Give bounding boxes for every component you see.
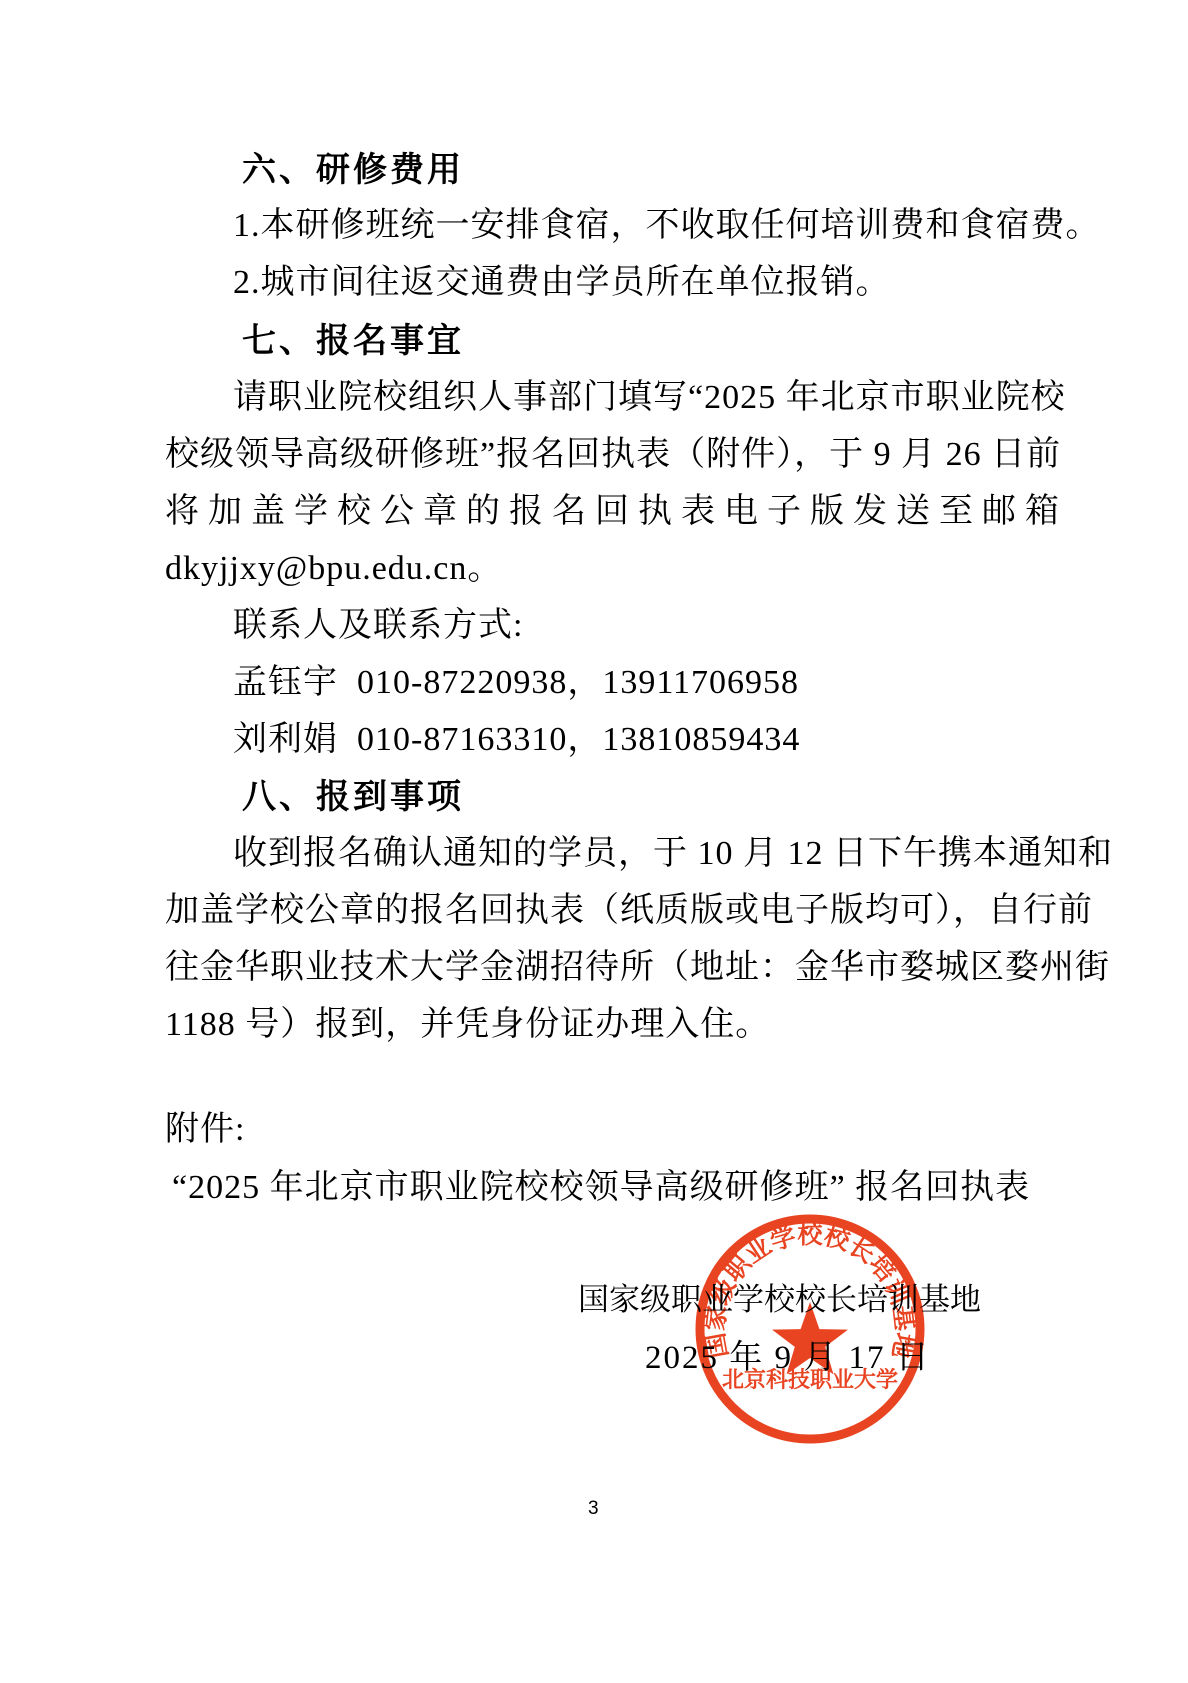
official-seal: 国家级职业学校校长培训基地 北京科技职业大学 (690, 1209, 930, 1449)
contact-person-1: 孟钰宇 010-87220938，13911706958 (233, 661, 799, 705)
contact-label: 联系人及联系方式: (233, 604, 523, 648)
page-number: 3 (588, 1498, 599, 1520)
section7-line3: 将加盖学校公章的报名回执表电子版发送至邮箱 (165, 490, 1068, 534)
attachment-title: “2025 年北京市职业院校校领导高级研修班” 报名回执表 (172, 1166, 1030, 1210)
section8-line2: 加盖学校公章的报名回执表（纸质版或电子版均可），自行前 (165, 889, 1093, 933)
section7-line2: 校级领导高级研修班”报名回执表（附件），于 9 月 26 日前 (165, 433, 1061, 477)
section6-item2: 2.城市间往返交通费由学员所在单位报销。 (233, 261, 891, 305)
section8-line3: 往金华职业技术大学金湖招待所（地址：金华市婺城区婺州街 (165, 946, 1110, 990)
section6-heading: 六、研修费用 (242, 148, 464, 192)
section8-line1: 收到报名确认通知的学员，于 10 月 12 日下午携本通知和 (233, 832, 1113, 876)
section7-heading: 七、报名事宜 (242, 319, 464, 363)
contact-person-2: 刘利娟 010-87163310，13810859434 (233, 718, 800, 762)
section7-email: dkyjjxy@bpu.edu.cn。 (165, 547, 502, 591)
attachment-label: 附件: (165, 1108, 245, 1152)
section7-line1: 请职业院校组织人事部门填写“2025 年北京市职业院校 (233, 376, 1066, 420)
section8-line4: 1188 号）报到，并凭身份证办理入住。 (165, 1003, 770, 1047)
document-page: 六、研修费用 1.本研修班统一安排食宿，不收取任何培训费和食宿费。 2.城市间往… (0, 0, 1188, 1683)
seal-star-icon (772, 1302, 848, 1374)
seal-university-name: 北京科技职业大学 (722, 1367, 898, 1392)
section6-item1: 1.本研修班统一安排食宿，不收取任何培训费和食宿费。 (233, 204, 1101, 248)
section8-heading: 八、报到事项 (242, 775, 464, 819)
